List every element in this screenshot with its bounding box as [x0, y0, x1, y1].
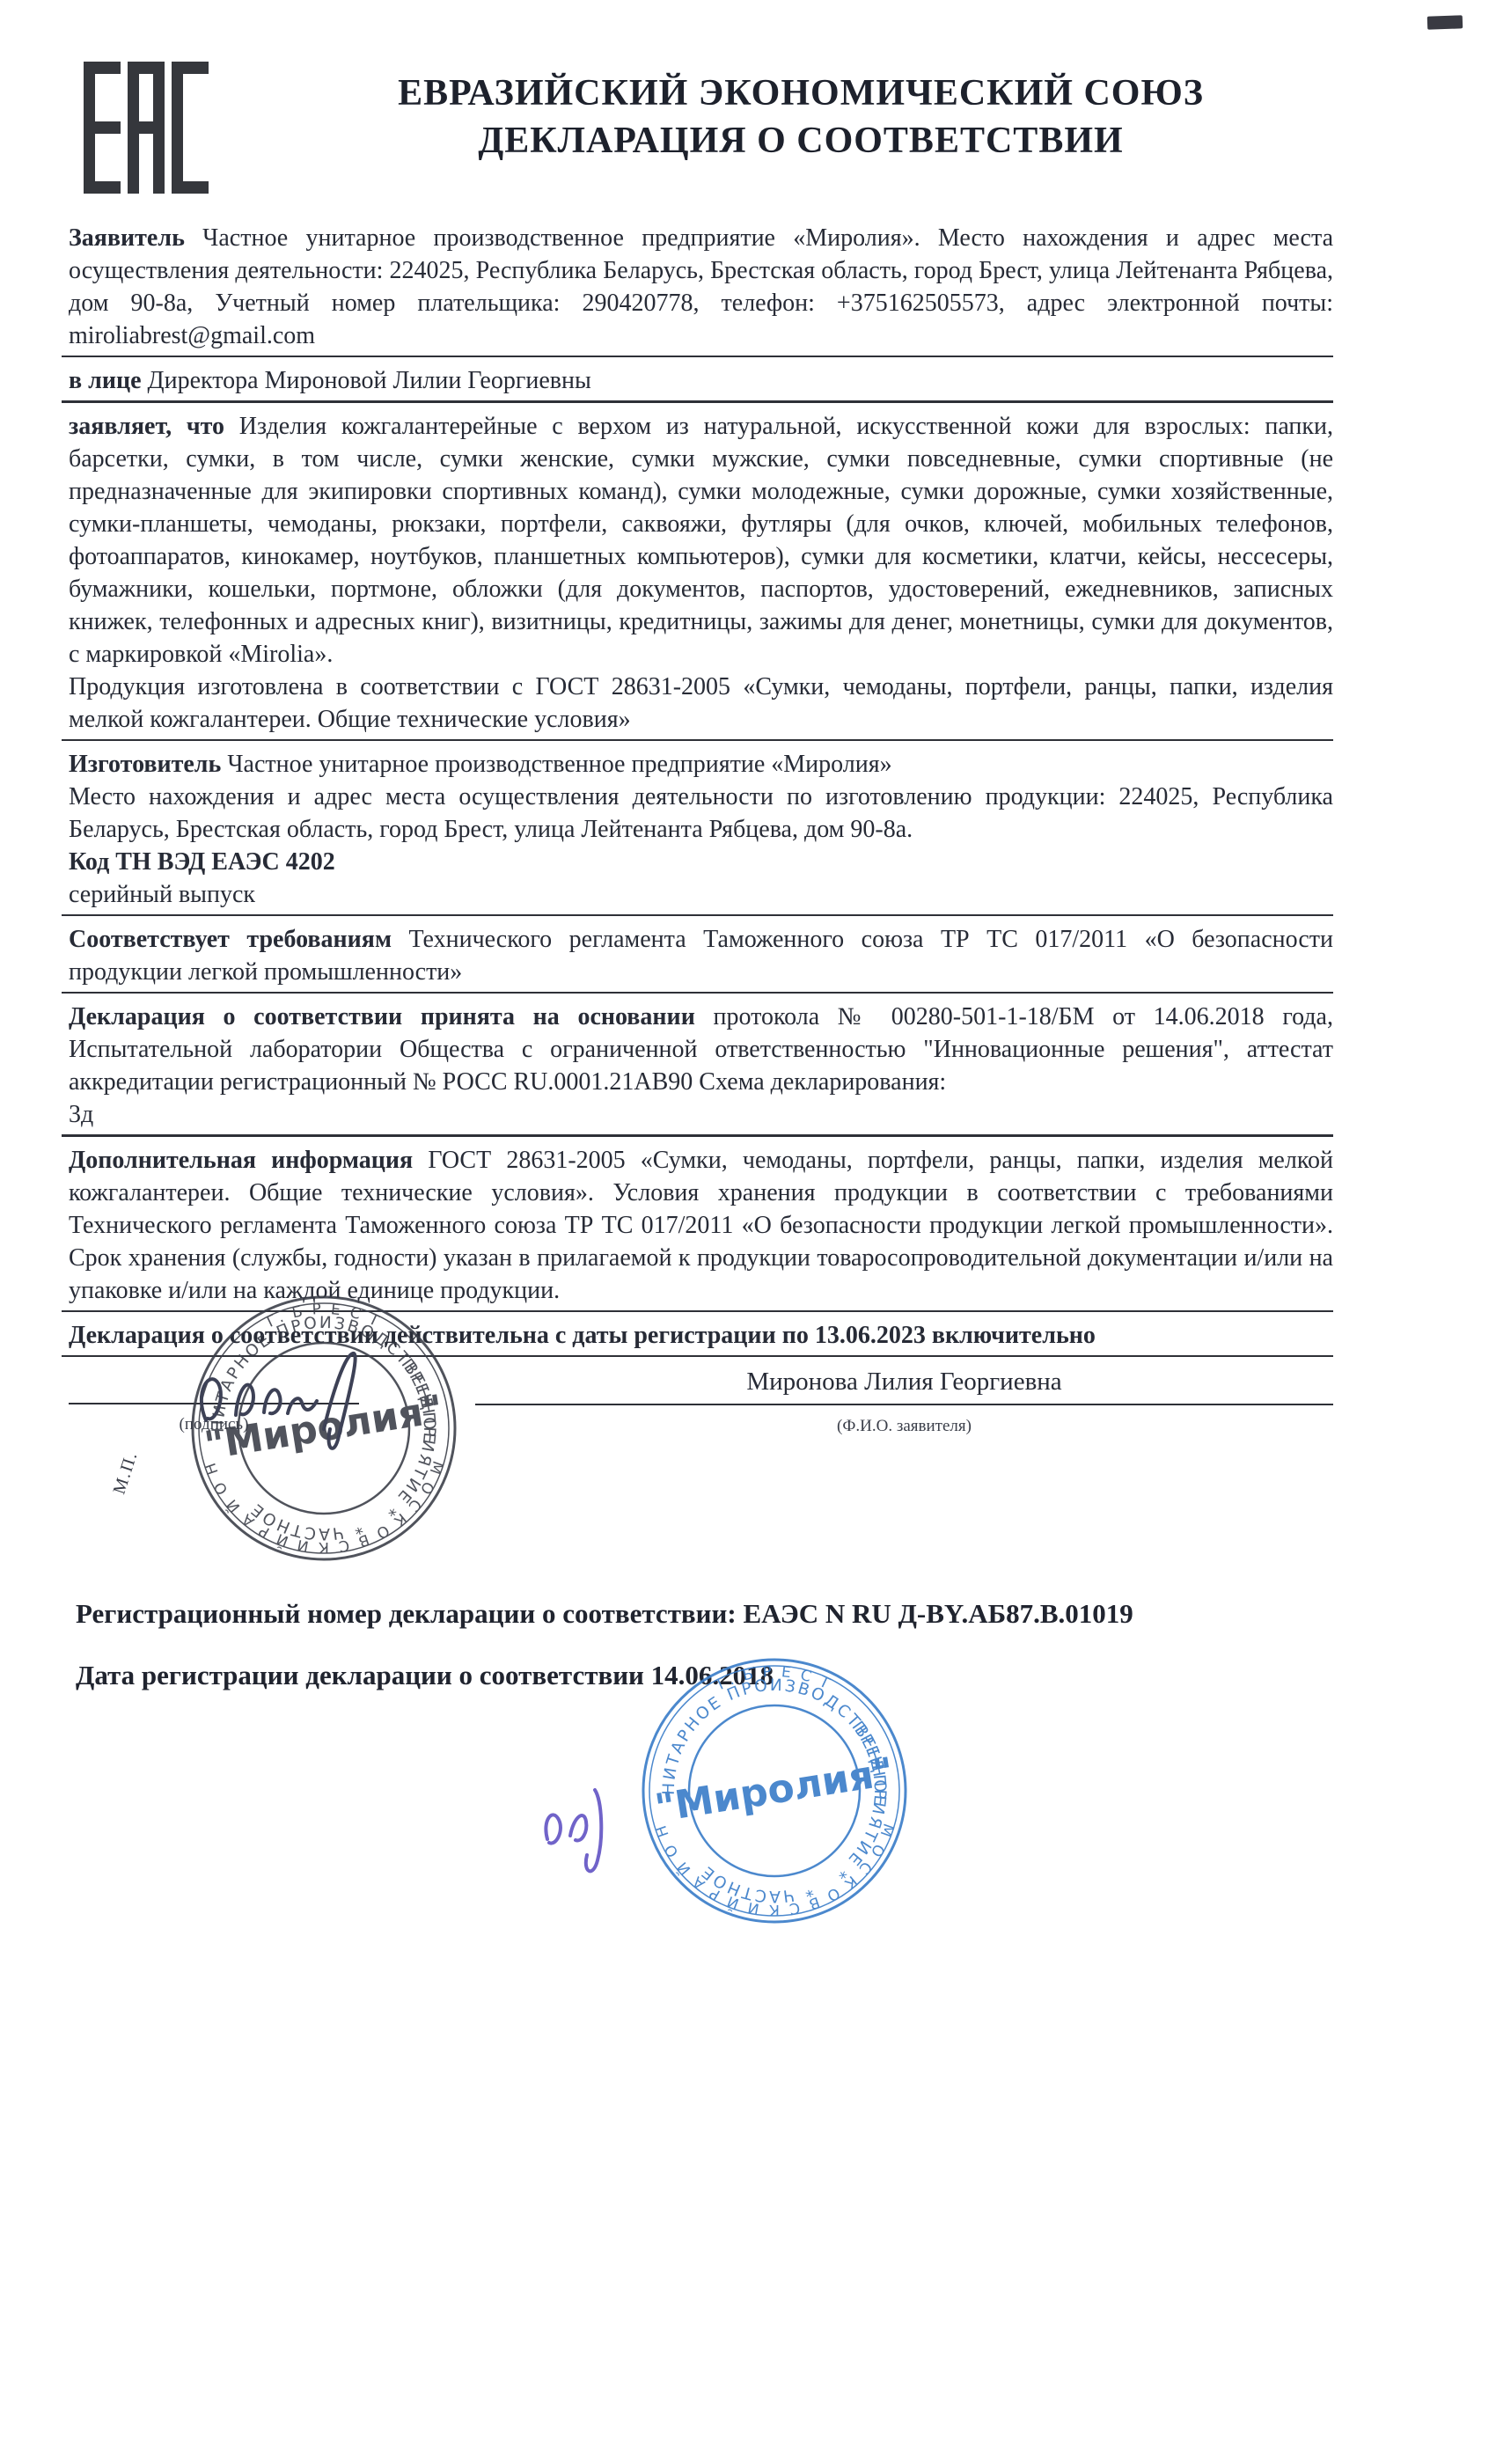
- rule-after-in-person: [62, 400, 1333, 403]
- signature-line-right: [475, 1404, 1333, 1405]
- handwritten-signature-black: [187, 1339, 389, 1467]
- basis-label: Декларация о соответствии принята на осн…: [69, 1003, 695, 1030]
- title-declaration: ДЕКЛАРАЦИЯ О СООТВЕТСТВИИ: [229, 116, 1373, 165]
- applicant-label: Заявитель: [69, 224, 185, 252]
- additional-paragraph: Дополнительная информация ГОСТ 28631-200…: [69, 1144, 1333, 1307]
- manufacturer-address: Место нахождения и адрес места осуществл…: [69, 781, 1333, 846]
- declares-paragraph: заявляет, что Изделия кожгалантерейные с…: [69, 410, 1333, 671]
- rule-after-scheme: [62, 1134, 1333, 1137]
- stamp-place-mark: М.П.: [104, 1447, 149, 1499]
- tnved-code: Код ТН ВЭД ЕАЭС 4202: [69, 848, 335, 876]
- manufacturer-label: Изготовитель: [69, 751, 221, 778]
- full-name-caption: (Ф.И.О. заявителя): [475, 1410, 1333, 1442]
- declares-label: заявляет, что: [69, 413, 224, 440]
- declares-text: Изделия кожгалантерейные с верхом из нат…: [69, 413, 1333, 668]
- signature-right-block: Миронова Лилия Георгиевна (Ф.И.О. заявит…: [475, 1366, 1333, 1489]
- complies-label: Соответствует требованиям: [69, 926, 392, 953]
- eac-logo-icon: [84, 62, 209, 194]
- in-person-text: Директора Мироновой Лилии Георгиевны: [142, 367, 591, 394]
- serial-line: серийный выпуск: [69, 878, 1333, 911]
- document-title: ЕВРАЗИЙСКИЙ ЭКОНОМИЧЕСКИЙ СОЮЗ ДЕКЛАРАЦИ…: [229, 70, 1373, 165]
- manufacturer-line: Изготовитель Частное унитарное производс…: [69, 748, 1333, 781]
- in-person-label: в лице: [69, 367, 142, 394]
- rule-after-serial: [62, 914, 1333, 916]
- applicant-text: Частное унитарное производственное предп…: [69, 224, 1333, 349]
- tnved-line: Код ТН ВЭД ЕАЭС 4202: [69, 846, 1333, 878]
- scan-artifact-mark: [1427, 15, 1463, 29]
- rule-after-applicant: [62, 356, 1333, 357]
- scheme-line: 3д: [69, 1098, 1333, 1131]
- additional-label: Дополнительная информация: [69, 1147, 413, 1174]
- applicant-full-name: Миронова Лилия Георгиевна: [475, 1366, 1333, 1398]
- in-person-line: в лице Директора Мироновой Лилии Георгие…: [69, 364, 1333, 397]
- produced-paragraph: Продукция изготовлена в соответствии с Г…: [69, 671, 1333, 736]
- applicant-paragraph: Заявитель Частное унитарное производстве…: [69, 222, 1333, 352]
- rule-after-complies: [62, 992, 1333, 994]
- title-union: ЕВРАЗИЙСКИЙ ЭКОНОМИЧЕСКИЙ СОЮЗ: [229, 70, 1373, 116]
- rule-after-produced: [62, 739, 1333, 741]
- registration-number-line: Регистрационный номер декларации о соотв…: [76, 1598, 1133, 1630]
- complies-paragraph: Соответствует требованиям Технического р…: [69, 923, 1333, 988]
- declaration-document: ЕВРАЗИЙСКИЙ ЭКОНОМИЧЕСКИЙ СОЮЗ ДЕКЛАРАЦИ…: [0, 0, 1496, 2464]
- stamp-company-name: "Миролия": [652, 1749, 897, 1831]
- basis-paragraph: Декларация о соответствии принята на осн…: [69, 1001, 1333, 1098]
- manufacturer-text: Частное унитарное производственное предп…: [221, 751, 891, 778]
- handwritten-signature-purple: [535, 1771, 685, 1898]
